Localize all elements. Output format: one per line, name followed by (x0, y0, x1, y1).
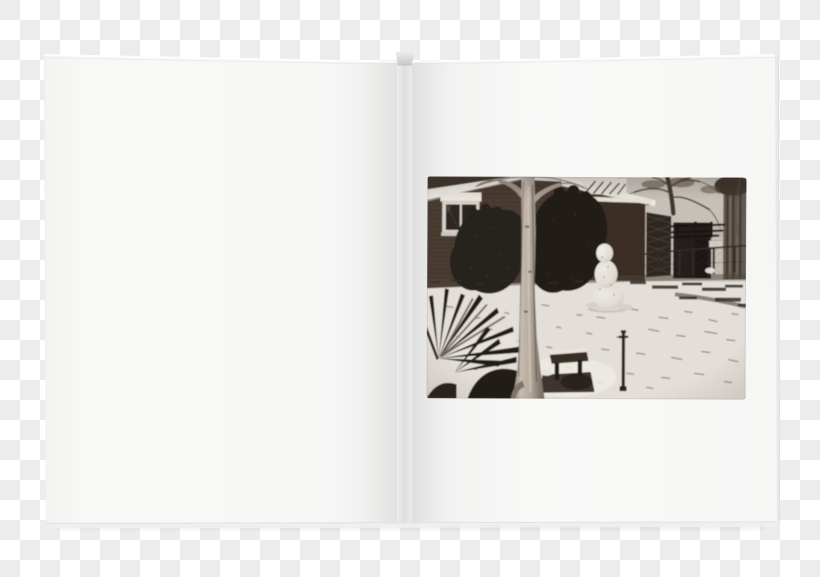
left-page (44, 55, 397, 525)
spine-notch (396, 52, 414, 65)
spine-gutter (396, 52, 414, 525)
photobook-image (0, 0, 820, 577)
photograph (427, 174, 751, 399)
vignette (427, 176, 747, 399)
transparent-canvas (0, 0, 820, 577)
